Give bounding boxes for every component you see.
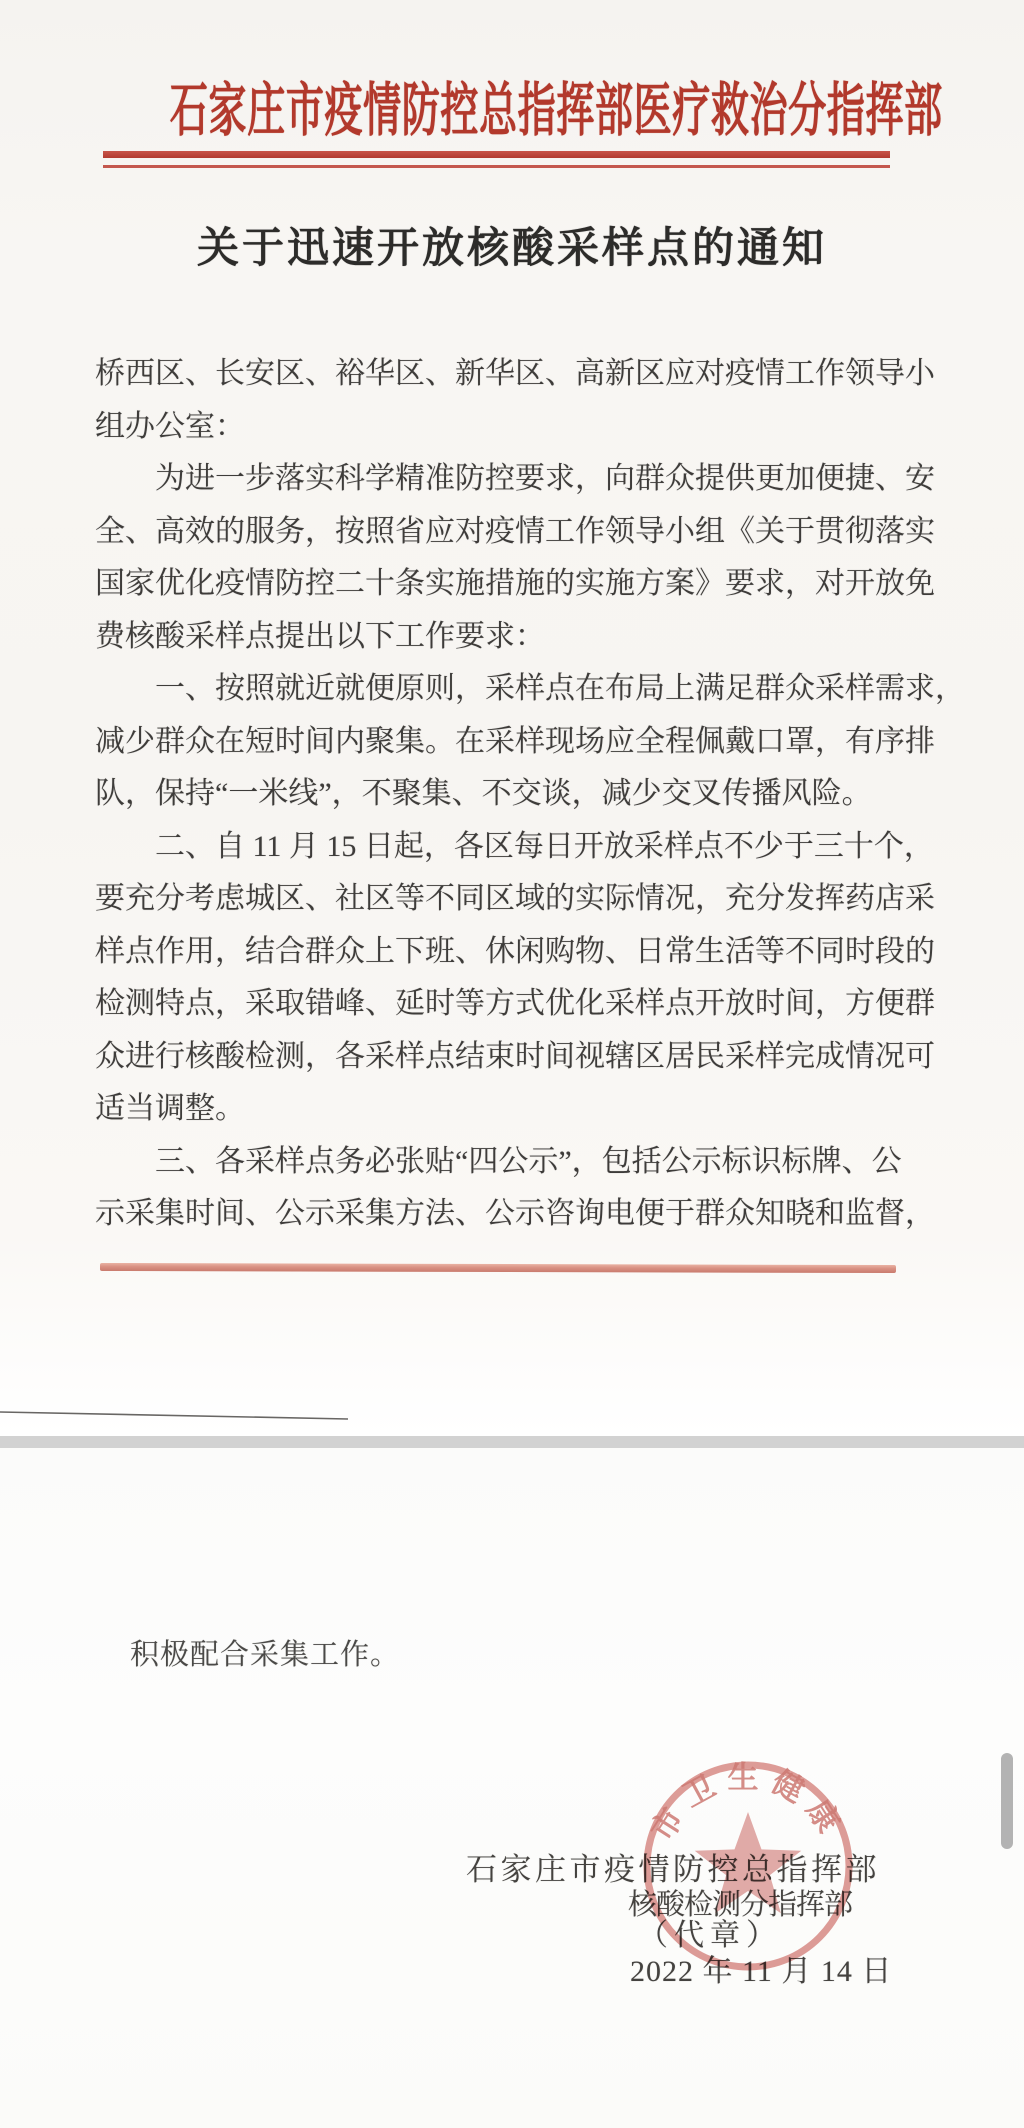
- notice-page-2: 积极配合采集工作。 石家庄市疫情防控总指挥部 核酸检测分指挥部 （代章） 202…: [0, 1448, 1024, 2128]
- page-seam-band: [0, 1436, 1024, 1448]
- body-line: 一、按照就近就便原则，采样点在布局上满足群众采样需求，: [95, 663, 975, 716]
- body-line: 费核酸采样点提出以下工作要求：: [95, 611, 975, 664]
- letterhead-rule-thin: [103, 165, 890, 168]
- body-line: 为进一步落实科学精准防控要求，向群众提供更加便捷、安: [95, 453, 975, 506]
- body-line: 二、自 11 月 15 日起，各区每日开放采样点不少于三十个，: [95, 821, 975, 874]
- issuing-org-header: 石家庄市疫情防控总指挥部医疗救治分指挥部: [170, 74, 815, 148]
- body-line: 桥西区、长安区、裕华区、新华区、高新区应对疫情工作领导小: [95, 348, 975, 401]
- document-body: 桥西区、长安区、裕华区、新华区、高新区应对疫情工作领导小 组办公室： 为进一步落…: [95, 348, 975, 1241]
- body-line: 三、各采样点务必张贴“四公示”，包括公示标识标牌、公: [95, 1136, 975, 1189]
- body-line: 检测特点，采取错峰、延时等方式优化采样点开放时间，方便群: [95, 978, 975, 1031]
- body-line: 要充分考虑城区、社区等不同区域的实际情况，充分发挥药店采: [95, 873, 975, 926]
- body-line: 全、高效的服务，按照省应对疫情工作领导小组《关于贯彻落实: [95, 506, 975, 559]
- body-line: 组办公室：: [95, 401, 975, 454]
- notice-page-1: 石家庄市疫情防控总指挥部医疗救治分指挥部 关于迅速开放核酸采样点的通知 桥西区、…: [0, 0, 1024, 1436]
- body-line: 适当调整。: [95, 1083, 975, 1136]
- notice-screenshot: 石家庄市疫情防控总指挥部医疗救治分指挥部 关于迅速开放核酸采样点的通知 桥西区、…: [0, 0, 1024, 2128]
- body-line: 国家优化疫情防控二十条实施措施的实施方案》要求，对开放免: [95, 558, 975, 611]
- body-line: 样点作用，结合群众上下班、休闲购物、日常生活等不同时段的: [95, 926, 975, 979]
- body-line: 示采集时间、公示采集方法、公示咨询电便于群众知晓和监督，: [95, 1188, 975, 1241]
- body-line: 众进行核酸检测，各采样点结束时间视辖区居民采样完成情况可: [95, 1031, 975, 1084]
- scrollbar-thumb[interactable]: [1001, 1753, 1013, 1849]
- page-edge-line: [0, 1400, 1024, 1430]
- official-seal: 市卫生健康: [632, 1750, 864, 1982]
- letterhead-rule-thick: [103, 151, 890, 158]
- closing-text: 积极配合采集工作。: [130, 1632, 400, 1673]
- seal-star: [695, 1812, 802, 1913]
- body-line: 减少群众在短时间内聚集。在采样现场应全程佩戴口罩，有序排: [95, 716, 975, 769]
- body-line: 队，保持“一米线”，不聚集、不交谈，减少交叉传播风险。: [95, 768, 975, 821]
- page-bottom-divider: [100, 1263, 896, 1273]
- document-title: 关于迅速开放核酸采样点的通知: [0, 226, 1024, 272]
